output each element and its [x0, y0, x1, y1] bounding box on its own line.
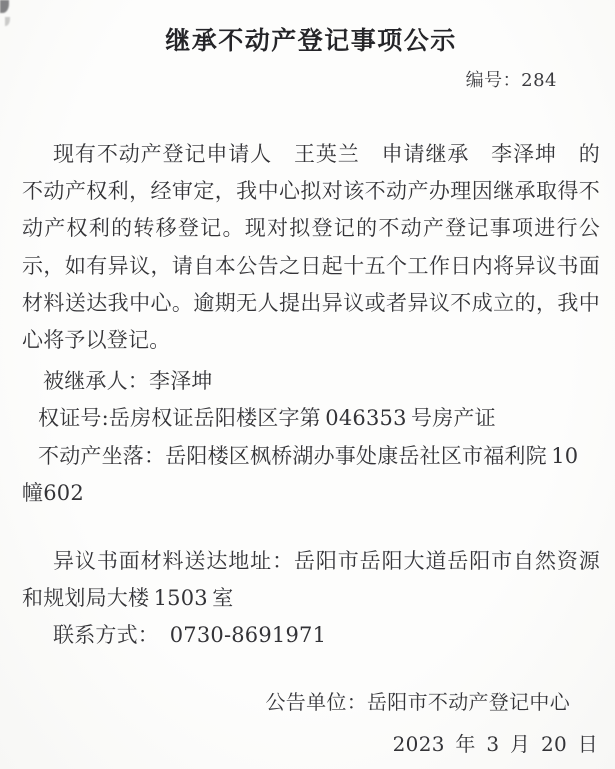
contact-line: 联系方式： 0730-8691971 — [22, 617, 600, 654]
decedent-line: 被继承人：李泽坤 — [22, 363, 600, 400]
doc-number: 编号：284 — [22, 68, 600, 94]
notice-document: 继承不动产登记事项公示 编号：284 现有不动产登记申请人 王英兰 申请继承 李… — [0, 0, 615, 769]
document-title: 继承不动产登记事项公示 — [22, 0, 600, 58]
property-location-line: 不动产坐落：岳阳楼区枫桥湖办事处康岳社区市福利院 10 幢602 — [22, 438, 600, 512]
objection-info-section: 异议书面材料送达地址：岳阳市岳阳大道岳阳市自然资源和规划局大楼 1503 室 联… — [22, 543, 600, 655]
footer-section: 公告单位：岳阳市不动产登记中心 2023 年 3 月 20 日 — [22, 684, 600, 763]
certificate-number-line: 权证号:岳房权证岳阳楼区字第 046353 号房产证 — [22, 400, 600, 437]
objection-address-line: 异议书面材料送达地址：岳阳市岳阳大道岳阳市自然资源和规划局大楼 1503 室 — [22, 543, 600, 617]
property-details-section: 被继承人：李泽坤 权证号:岳房权证岳阳楼区字第 046353 号房产证 不动产坐… — [22, 363, 600, 512]
issuing-authority: 公告单位：岳阳市不动产登记中心 — [22, 684, 600, 721]
scan-artifact — [0, 0, 9, 13]
notice-date: 2023 年 3 月 20 日 — [22, 726, 600, 763]
notice-body-paragraph: 现有不动产登记申请人 王英兰 申请继承 李泽坤 的不动产权利，经审定，我中心拟对… — [22, 136, 600, 359]
